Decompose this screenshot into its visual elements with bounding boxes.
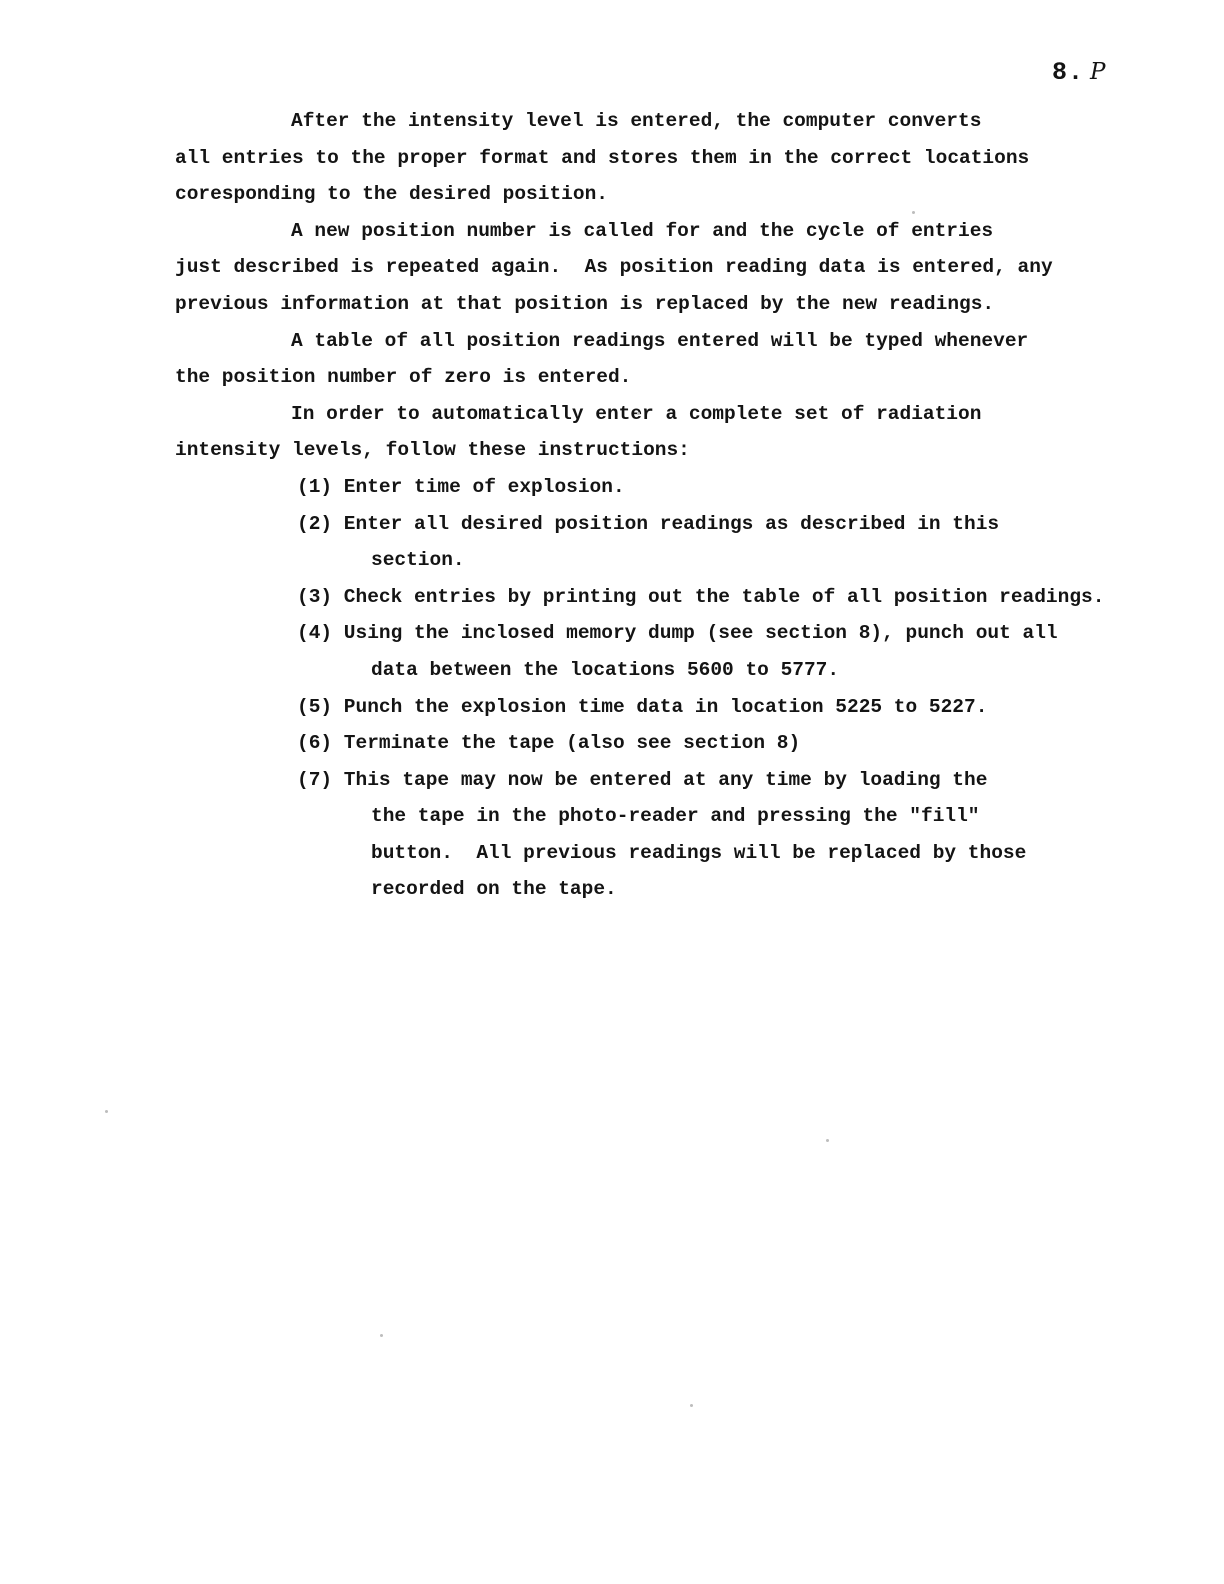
page-number-suffix: P xyxy=(1090,59,1106,85)
text-line: the position number of zero is entered. xyxy=(175,359,1165,396)
text-line: intensity levels, follow these instructi… xyxy=(175,432,1165,469)
document-body: After the intensity level is entered, th… xyxy=(175,103,1165,908)
list-item-6: (6) Terminate the tape (also see section… xyxy=(175,725,1165,762)
document-page: 8.P After the intensity level is entered… xyxy=(0,0,1224,1584)
text-line: just described is repeated again. As pos… xyxy=(175,249,1165,286)
scan-speck xyxy=(637,412,640,415)
scan-speck xyxy=(380,1334,383,1337)
list-item-5: (5) Punch the explosion time data in loc… xyxy=(175,689,1165,726)
list-item-2-continuation: section. xyxy=(175,542,1165,579)
scan-speck xyxy=(690,1404,693,1407)
text-line: previous information at that position is… xyxy=(175,286,1165,323)
list-item-3: (3) Check entries by printing out the ta… xyxy=(175,579,1165,616)
page-number-main: 8. xyxy=(1052,58,1084,87)
list-item-7-continuation: recorded on the tape. xyxy=(175,871,1165,908)
list-item-4-continuation: data between the locations 5600 to 5777. xyxy=(175,652,1165,689)
list-item-4: (4) Using the inclosed memory dump (see … xyxy=(175,615,1165,652)
list-item-7: (7) This tape may now be entered at any … xyxy=(175,762,1165,799)
text-line: After the intensity level is entered, th… xyxy=(175,103,1165,140)
list-item-2: (2) Enter all desired position readings … xyxy=(175,506,1165,543)
text-line: coresponding to the desired position. xyxy=(175,176,1165,213)
list-item-1: (1) Enter time of explosion. xyxy=(175,469,1165,506)
list-item-7-continuation: button. All previous readings will be re… xyxy=(175,835,1165,872)
text-line: all entries to the proper format and sto… xyxy=(175,140,1165,177)
text-line: In order to automatically enter a comple… xyxy=(175,396,1165,433)
scan-speck xyxy=(826,1139,829,1142)
list-item-7-continuation: the tape in the photo-reader and pressin… xyxy=(175,798,1165,835)
text-line: A new position number is called for and … xyxy=(175,213,1165,250)
page-number: 8.P xyxy=(1052,58,1107,87)
scan-speck xyxy=(105,1110,108,1113)
scan-speck xyxy=(912,211,915,214)
text-line: A table of all position readings entered… xyxy=(175,323,1165,360)
